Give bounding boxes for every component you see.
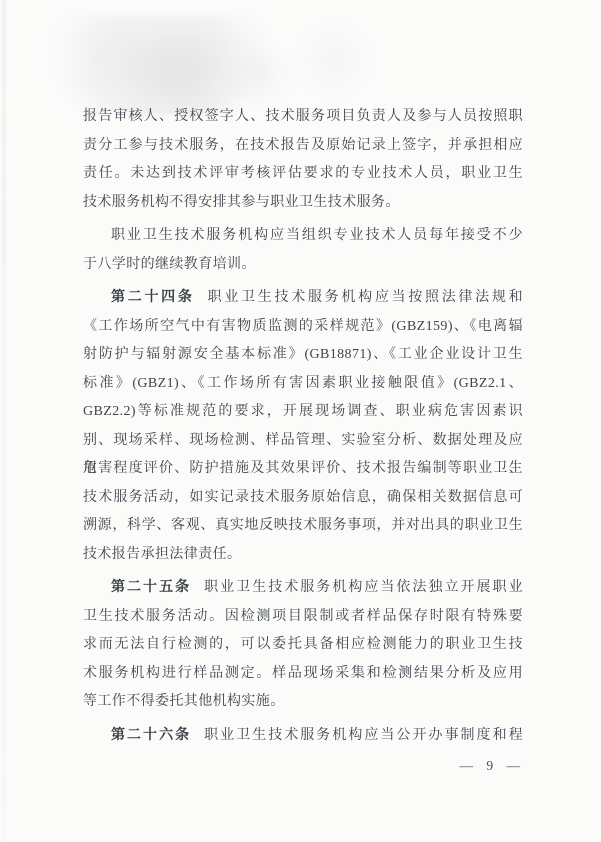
page-edge-shadow bbox=[3, 0, 5, 842]
line-text: 危害程度评价、防护措施及其效果评价、技术报告编制等职业卫生 bbox=[83, 461, 523, 476]
text-line: 于八学时的继续教育培训。 bbox=[83, 251, 523, 280]
text-line: 技术服务活动，如实记录技术服务原始信息，确保相关数据信息可 bbox=[83, 484, 523, 513]
text-line: 《工作场所空气中有害物质监测的采样规范》(GBZ159)、《电离辐 bbox=[83, 313, 523, 342]
line-text: 溯源，科学、客观、真实地反映技术服务事项，并对出具的职业卫生 bbox=[83, 518, 523, 533]
text-line: 射防护与辐射源安全基本标准》(GB18871)、《工业企业设计卫生 bbox=[83, 341, 523, 370]
line-text: 术服务机构进行样品测定。样品现场采集和检测结果分析及应用 bbox=[83, 666, 523, 681]
line-text: 标准》(GBZ1)、《工作场所有害因素职业接触限值》(GBZ2.1、 bbox=[83, 376, 523, 391]
text-line: 技术报告承担法律责任。 bbox=[83, 541, 523, 570]
document-body: 报告审核人、授权签字人、技术服务项目负责人及参与人员按照职责分工参与技术服务，在… bbox=[83, 103, 523, 750]
text-line: 危害程度评价、防护措施及其效果评价、技术报告编制等职业卫生 bbox=[83, 455, 523, 484]
paragraph: 第二十四条职业卫生技术服务机构应当按照法律法规和《工作场所空气中有害物质监测的采… bbox=[83, 284, 523, 569]
line-text: 职业卫生技术服务机构应当公开办事制度和程 bbox=[204, 728, 523, 743]
text-line: 第二十四条职业卫生技术服务机构应当按照法律法规和 bbox=[83, 284, 523, 313]
line-text: 责任。未达到技术评审考核评估要求的专业技术人员，职业卫生 bbox=[83, 166, 523, 181]
text-line: 职业卫生技术服务机构应当组织专业技术人员每年接受不少 bbox=[83, 222, 523, 251]
line-text: 技术服务活动，如实记录技术服务原始信息，确保相关数据信息可 bbox=[83, 490, 523, 505]
line-text: 技术报告承担法律责任。 bbox=[83, 547, 241, 562]
line-text: 卫生技术服务活动。因检测项目限制或者样品保存时限有特殊要 bbox=[83, 609, 523, 624]
line-text: 等工作不得委托其他机构实施。 bbox=[83, 694, 285, 709]
text-line: GBZ2.2)等标准规范的要求，开展现场调查、职业病危害因素识 bbox=[83, 398, 523, 427]
line-text: 报告审核人、授权签字人、技术服务项目负责人及参与人员按照职 bbox=[83, 109, 523, 124]
text-line: 溯源，科学、客观、真实地反映技术服务事项，并对出具的职业卫生 bbox=[83, 512, 523, 541]
article-number: 第二十六条 bbox=[111, 728, 191, 743]
text-line: 卫生技术服务活动。因检测项目限制或者样品保存时限有特殊要 bbox=[83, 603, 523, 632]
text-line: 术服务机构进行样品测定。样品现场采集和检测结果分析及应用 bbox=[83, 660, 523, 689]
page-number: — 9 — bbox=[460, 756, 526, 776]
faded-stamp-artifact bbox=[40, 15, 460, 115]
document-page: 报告审核人、授权签字人、技术服务项目负责人及参与人员按照职责分工参与技术服务，在… bbox=[0, 0, 601, 842]
paragraph: 第二十六条职业卫生技术服务机构应当公开办事制度和程 bbox=[83, 722, 523, 751]
line-text: 职业卫生技术服务机构应当依法独立开展职业 bbox=[204, 580, 523, 595]
paragraph: 报告审核人、授权签字人、技术服务项目负责人及参与人员按照职责分工参与技术服务，在… bbox=[83, 103, 523, 217]
line-text: 射防护与辐射源安全基本标准》(GB18871)、《工业企业设计卫生 bbox=[83, 347, 523, 362]
line-text: 责分工参与技术服务，在技术报告及原始记录上签字，并承担相应 bbox=[83, 138, 523, 153]
text-line: 第二十五条职业卫生技术服务机构应当依法独立开展职业 bbox=[83, 574, 523, 603]
article-number: 第二十四条 bbox=[111, 290, 195, 305]
paragraph: 职业卫生技术服务机构应当组织专业技术人员每年接受不少于八学时的继续教育培训。 bbox=[83, 222, 523, 279]
text-line: 等工作不得委托其他机构实施。 bbox=[83, 688, 523, 717]
line-text: 于八学时的继续教育培训。 bbox=[83, 257, 256, 272]
text-line: 责任。未达到技术评审考核评估要求的专业技术人员，职业卫生 bbox=[83, 160, 523, 189]
line-text: 技术服务机构不得安排其参与职业卫生技术服务。 bbox=[83, 195, 400, 210]
line-text: 职业卫生技术服务机构应当按照法律法规和 bbox=[208, 290, 523, 305]
text-line: 责分工参与技术服务，在技术报告及原始记录上签字，并承担相应 bbox=[83, 132, 523, 161]
text-line: 技术服务机构不得安排其参与职业卫生技术服务。 bbox=[83, 189, 523, 218]
text-line: 求而无法自行检测的，可以委托具备相应检测能力的职业卫生技 bbox=[83, 631, 523, 660]
text-line: 报告审核人、授权签字人、技术服务项目负责人及参与人员按照职 bbox=[83, 103, 523, 132]
line-text: 求而无法自行检测的，可以委托具备相应检测能力的职业卫生技 bbox=[83, 637, 523, 652]
text-line: 标准》(GBZ1)、《工作场所有害因素职业接触限值》(GBZ2.1、 bbox=[83, 370, 523, 399]
text-line: 别、现场采样、现场检测、样品管理、实验室分析、数据处理及应用、 bbox=[83, 427, 523, 456]
line-text: GBZ2.2)等标准规范的要求，开展现场调查、职业病危害因素识 bbox=[83, 404, 523, 419]
article-number: 第二十五条 bbox=[111, 580, 191, 595]
paragraph: 第二十五条职业卫生技术服务机构应当依法独立开展职业卫生技术服务活动。因检测项目限… bbox=[83, 574, 523, 717]
text-line: 第二十六条职业卫生技术服务机构应当公开办事制度和程 bbox=[83, 722, 523, 751]
line-text: 职业卫生技术服务机构应当组织专业技术人员每年接受不少 bbox=[111, 228, 523, 243]
line-text: 《工作场所空气中有害物质监测的采样规范》(GBZ159)、《电离辐 bbox=[83, 319, 523, 334]
